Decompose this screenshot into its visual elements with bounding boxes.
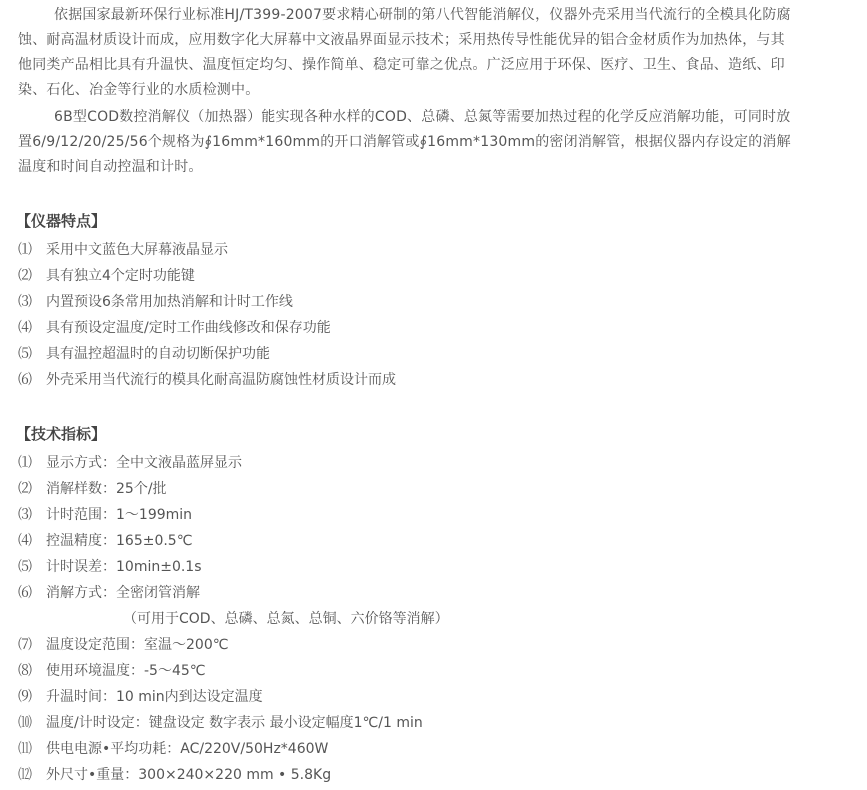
features-list: ⑴采用中文蓝色大屏幕液晶显示 ⑵具有独立4个定时功能键 ⑶内置预设6条常用加热消… [18, 237, 798, 393]
spec-item: ⑺温度设定范围：室温～200℃ [18, 632, 798, 658]
spec-item-note: （可用于COD、总磷、总氮、总铜、六价铬等消解） [18, 606, 798, 632]
item-number: ⑶ [18, 289, 46, 315]
item-text: 计时误差：10min±0.1s [46, 559, 202, 575]
spec-item: ⑼升温时间：10 min内到达设定温度 [18, 684, 798, 710]
item-text: 具有预设定温度/定时工作曲线修改和保存功能 [46, 320, 331, 336]
features-section: 【仪器特点】 ⑴采用中文蓝色大屏幕液晶显示 ⑵具有独立4个定时功能键 ⑶内置预设… [18, 208, 798, 393]
item-number: ⑹ [18, 580, 46, 606]
item-number: ⑾ [18, 736, 46, 762]
item-number: ⑸ [18, 554, 46, 580]
item-text: 外尺寸•重量：300×240×220 mm • 5.8Kg [46, 767, 331, 783]
item-text: 采用中文蓝色大屏幕液晶显示 [46, 242, 228, 258]
feature-item: ⑶内置预设6条常用加热消解和计时工作线 [18, 289, 798, 315]
item-text: 外壳采用当代流行的模具化耐高温防腐蚀性材质设计而成 [46, 372, 396, 388]
spec-item: ⑴显示方式：全中文液晶蓝屏显示 [18, 450, 798, 476]
item-number: ⑵ [18, 476, 46, 502]
feature-item: ⑵具有独立4个定时功能键 [18, 263, 798, 289]
spec-item: ⑶计时范围：1～199min [18, 502, 798, 528]
spec-item: ⑹消解方式：全密闭管消解 [18, 580, 798, 606]
spec-item: ⑽温度/计时设定：键盘设定 数字表示 最小设定幅度1℃/1 min [18, 710, 798, 736]
item-number: ⑴ [18, 237, 46, 263]
item-number: ⑺ [18, 632, 46, 658]
feature-item: ⑴采用中文蓝色大屏幕液晶显示 [18, 237, 798, 263]
spec-item: ⑷控温精度：165±0.5℃ [18, 528, 798, 554]
specs-section: 【技术指标】 ⑴显示方式：全中文液晶蓝屏显示 ⑵消解样数：25个/批 ⑶计时范围… [18, 421, 798, 788]
item-number: ⑷ [18, 528, 46, 554]
intro-paragraph-2: 6B型COD数控消解仪（加热器）能实现各种水样的COD、总磷、总氮等需要加热过程… [18, 105, 798, 180]
spec-item: ⑻使用环境温度：-5～45℃ [18, 658, 798, 684]
specs-title: 【技术指标】 [16, 421, 798, 447]
item-text: 计时范围：1～199min [46, 507, 192, 523]
item-number: ⑻ [18, 658, 46, 684]
intro-paragraph-1: 依据国家最新环保行业标准HJ/T399-2007要求精心研制的第八代智能消解仪，… [18, 3, 798, 103]
item-number: ⑿ [18, 762, 46, 788]
item-text: 消解样数：25个/批 [46, 481, 167, 497]
spec-item: ⑵消解样数：25个/批 [18, 476, 798, 502]
item-text: 温度设定范围：室温～200℃ [46, 637, 228, 653]
features-title: 【仪器特点】 [16, 208, 798, 234]
feature-item: ⑸具有温控超温时的自动切断保护功能 [18, 341, 798, 367]
item-text: 控温精度：165±0.5℃ [46, 533, 192, 549]
specs-list: ⑴显示方式：全中文液晶蓝屏显示 ⑵消解样数：25个/批 ⑶计时范围：1～199m… [18, 450, 798, 788]
item-text: 温度/计时设定：键盘设定 数字表示 最小设定幅度1℃/1 min [46, 715, 423, 731]
item-text: （可用于COD、总磷、总氮、总铜、六价铬等消解） [123, 611, 449, 627]
spec-item: ⑾供电电源•平均功耗：AC/220V/50Hz*460W [18, 736, 798, 762]
item-number: ⑸ [18, 341, 46, 367]
item-text: 使用环境温度：-5～45℃ [46, 663, 206, 679]
spacer [18, 180, 798, 208]
item-text: 显示方式：全中文液晶蓝屏显示 [46, 455, 242, 471]
item-number: ⑵ [18, 263, 46, 289]
item-text: 升温时间：10 min内到达设定温度 [46, 689, 263, 705]
spacer [18, 393, 798, 421]
spec-item: ⑿外尺寸•重量：300×240×220 mm • 5.8Kg [18, 762, 798, 788]
item-text: 具有独立4个定时功能键 [46, 268, 195, 284]
item-text: 内置预设6条常用加热消解和计时工作线 [46, 294, 293, 310]
item-number: ⑷ [18, 315, 46, 341]
item-number: ⑴ [18, 450, 46, 476]
item-text: 具有温控超温时的自动切断保护功能 [46, 346, 270, 362]
item-text: 供电电源•平均功耗：AC/220V/50Hz*460W [46, 741, 328, 757]
item-number: ⑽ [18, 710, 46, 736]
item-number: ⑶ [18, 502, 46, 528]
spec-item: ⑸计时误差：10min±0.1s [18, 554, 798, 580]
feature-item: ⑹外壳采用当代流行的模具化耐高温防腐蚀性材质设计而成 [18, 367, 798, 393]
product-description: 依据国家最新环保行业标准HJ/T399-2007要求精心研制的第八代智能消解仪，… [0, 0, 798, 788]
feature-item: ⑷具有预设定温度/定时工作曲线修改和保存功能 [18, 315, 798, 341]
item-number: ⑹ [18, 367, 46, 393]
item-number: ⑼ [18, 684, 46, 710]
item-text: 消解方式：全密闭管消解 [46, 585, 200, 601]
